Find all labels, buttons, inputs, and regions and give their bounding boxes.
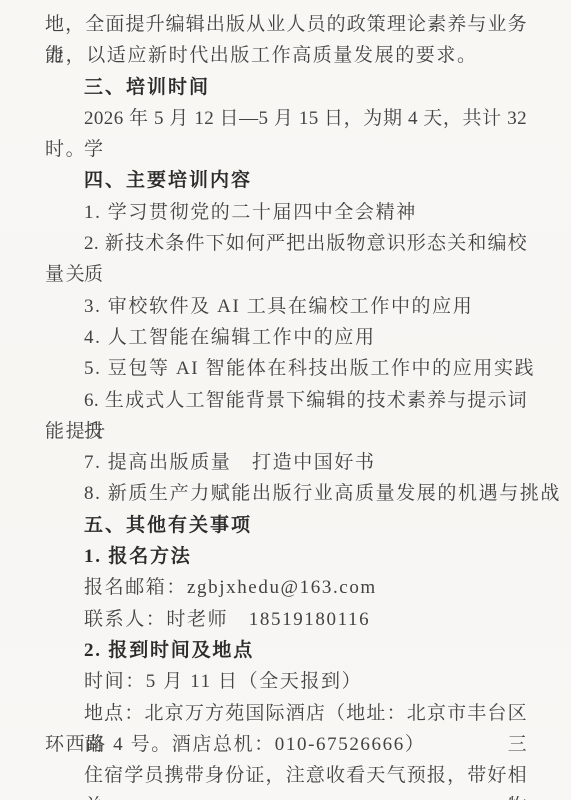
text-line: 联系人：时老师 18519180116 [45, 604, 527, 635]
text-line: 2. 新技术条件下如何严把出版物意识形态关和编校质 [45, 228, 527, 259]
text-line: 时。 [45, 134, 527, 165]
text-line: 7. 提高出版质量 打造中国好书 [45, 447, 527, 478]
text-line: 6. 生成式人工智能背景下编辑的技术素养与提示词技 [45, 385, 527, 416]
text-line: 地点：北京万方苑国际酒店（地址：北京市丰台区南三 [45, 698, 527, 729]
sub-heading: 1. 报名方法 [45, 541, 527, 572]
text-line: 5. 豆包等 AI 智能体在科技出版工作中的应用实践 [45, 353, 527, 384]
text-line: 力，以适应新时代出版工作高质量发展的要求。 [45, 40, 527, 71]
text-line: 8. 新质生产力赋能出版行业高质量发展的机遇与挑战 [45, 478, 527, 509]
section-heading: 四、主要培训内容 [45, 165, 527, 196]
text-line: 3. 审校软件及 AI 工具在编校工作中的应用 [45, 291, 527, 322]
text-line: 报名邮箱：zgbjxhedu@163.com [45, 572, 527, 603]
text-line: 2026 年 5 月 12 日—5 月 15 日，为期 4 天，共计 32 学 [45, 103, 527, 134]
section-heading: 五、其他有关事项 [45, 510, 527, 541]
text-line: 时间：5 月 11 日（全天报到） [45, 666, 527, 697]
section-heading: 三、培训时间 [45, 72, 527, 103]
document-text-block: 地，全面提升编辑出版从业人员的政策理论素养与业务能力，以适应新时代出版工作高质量… [45, 9, 527, 791]
text-line: 能提升 [45, 416, 527, 447]
text-line: 1. 学习贯彻党的二十届四中全会精神 [45, 197, 527, 228]
text-line: 地，全面提升编辑出版从业人员的政策理论素养与业务能 [45, 9, 527, 40]
text-line: 住宿学员携带身份证，注意收看天气预报，带好相关物 [45, 760, 527, 791]
sub-heading: 2. 报到时间及地点 [45, 635, 527, 666]
text-line: 4. 人工智能在编辑工作中的应用 [45, 322, 527, 353]
document-page: 地，全面提升编辑出版从业人员的政策理论素养与业务能力，以适应新时代出版工作高质量… [0, 0, 571, 800]
text-line: 量关 [45, 259, 527, 290]
